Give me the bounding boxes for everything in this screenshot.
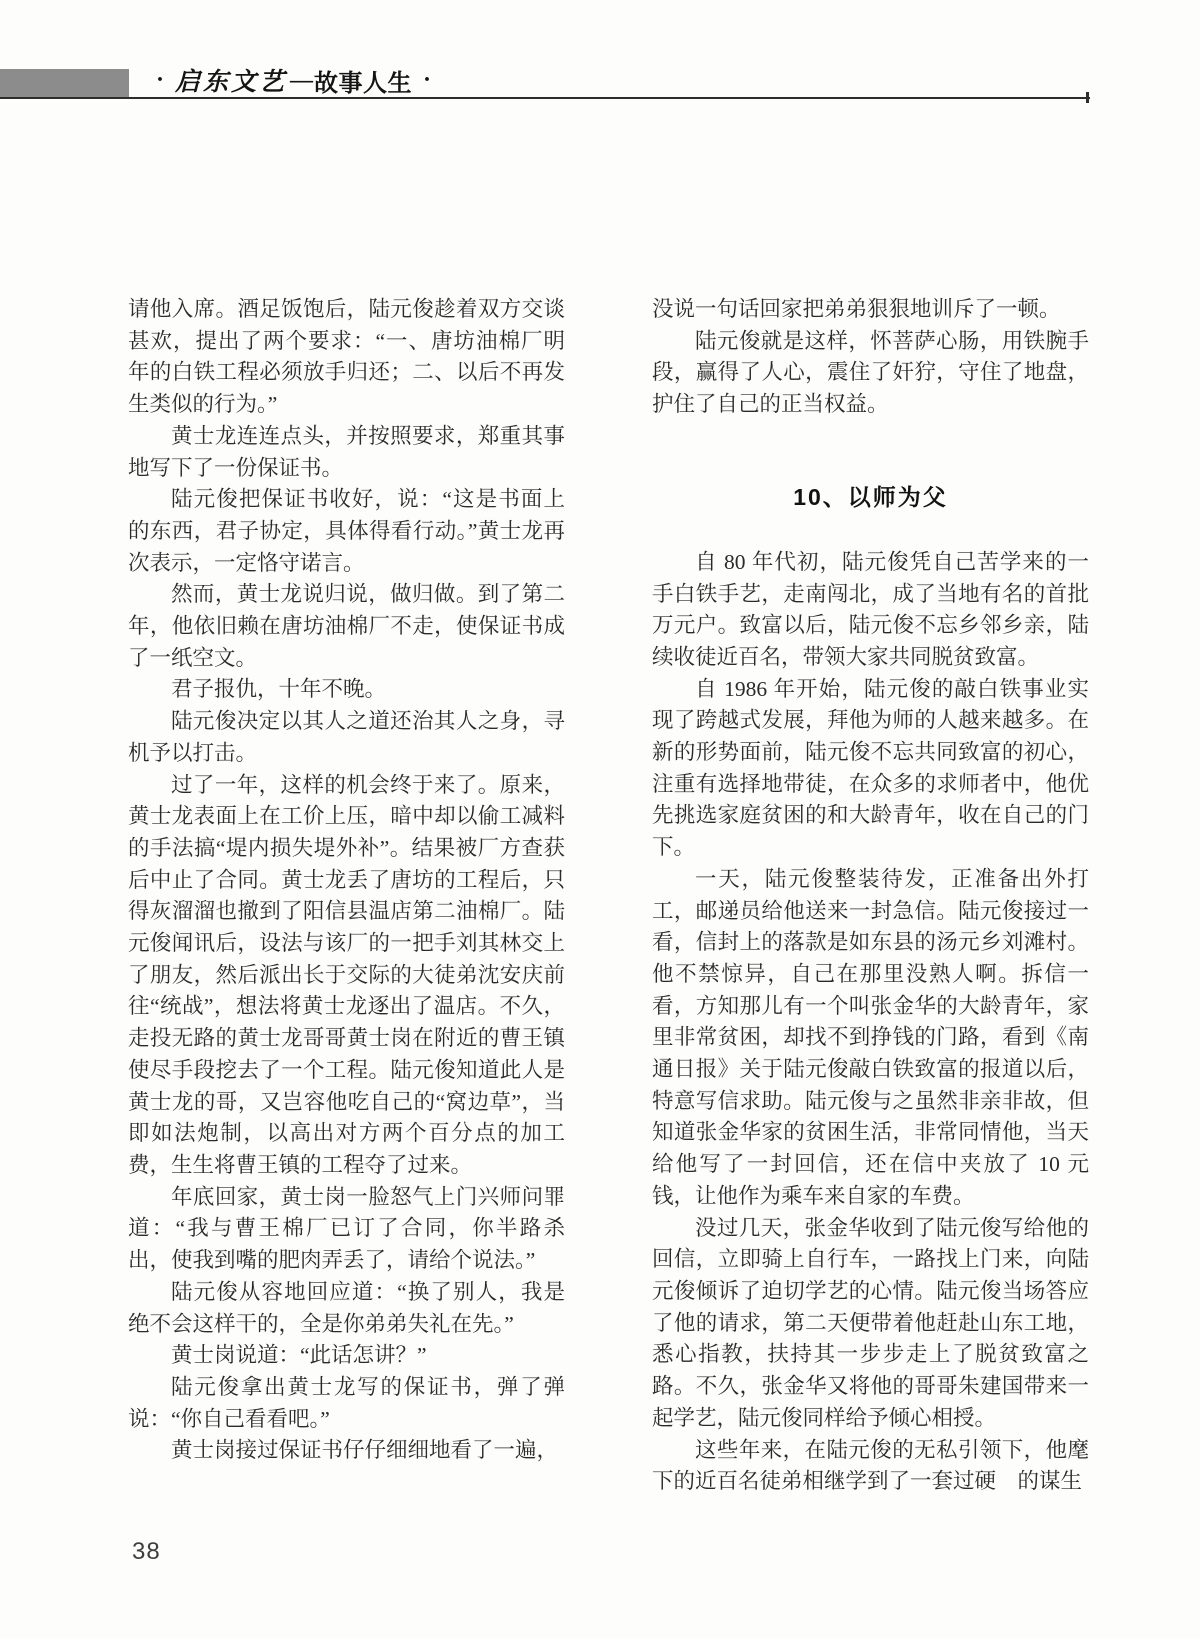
page-number: 38 [132, 1538, 161, 1566]
running-head: · 启东文艺 — 故事人生 · [145, 62, 442, 98]
paragraph: 君子报仇，十年不晚。 [128, 674, 565, 706]
right-column: 没说一句话回家把弟弟狠狠地训斥了一顿。 陆元俊就是这样，怀菩萨心肠，用铁腕手段，… [652, 294, 1089, 1498]
running-head-dash: — [290, 67, 313, 93]
paragraph: 一天，陆元俊整装待发，正准备出外打工，邮递员给他送来一封急信。陆元俊接过一看，信… [652, 864, 1089, 1213]
paragraph: 请他入席。酒足饭饱后，陆元俊趁着双方交谈甚欢，提出了两个要求：“一、唐坊油棉厂明… [128, 294, 565, 421]
paragraph: 自 1986 年开始，陆元俊的敲白铁事业实现了跨越式发展，拜他为师的人越来越多。… [652, 674, 1089, 864]
magazine-page: · 启东文艺 — 故事人生 · 请他入席。酒足饭饱后，陆元俊趁着双方交谈甚欢，提… [0, 0, 1200, 1639]
paragraph: 过了一年，这样的机会终于来了。原来，黄士龙表面上在工价上压，暗中却以偷工减料的手… [128, 770, 565, 1182]
journal-name: 启东文艺 [175, 62, 287, 98]
header-rule-end-tick [1086, 92, 1089, 103]
paragraph: 然而，黄士龙说归说，做归做。到了第二年，他依旧赖在唐坊油棉厂不走，使保证书成了一… [128, 579, 565, 674]
paragraph: 陆元俊决定以其人之道还治其人之身，寻机予以打击。 [128, 706, 565, 769]
paragraph: 黄士岗接过保证书仔仔细细地看了一遍， [128, 1435, 565, 1467]
running-head-right-dot: · [423, 67, 431, 94]
paragraph: 这些年来，在陆元俊的无私引领下，他麾下的近百名徒弟相继学到了一套过硬 的谋生 [652, 1435, 1089, 1498]
chapter-heading: 10、以师为父 [652, 484, 1089, 510]
paragraph: 黄士龙连连点头，并按照要求，郑重其事地写下了一份保证书。 [128, 421, 565, 484]
paragraph: 自 80 年代初，陆元俊凭自己苦学来的一手白铁手艺，走南闯北，成了当地有名的首批… [652, 547, 1089, 674]
paragraph: 年底回家，黄士岗一脸怒气上门兴师问罪道：“我与曹王棉厂已订了合同，你半路杀出，使… [128, 1182, 565, 1277]
paragraph: 黄士岗说道：“此话怎讲？” [128, 1340, 565, 1372]
paragraph: 陆元俊拿出黄士龙写的保证书，弹了弹说：“你自己看看吧。” [128, 1372, 565, 1435]
left-column: 请他入席。酒足饭饱后，陆元俊趁着双方交谈甚欢，提出了两个要求：“一、唐坊油棉厂明… [128, 294, 565, 1467]
column-name: 故事人生 [314, 63, 412, 98]
paragraph: 陆元俊从容地回应道：“换了别人，我是绝不会这样干的，全是你弟弟失礼在先。” [128, 1277, 565, 1340]
paragraph: 没过几天，张金华收到了陆元俊写给他的回信，立即骑上自行车，一路找上门来，向陆元俊… [652, 1213, 1089, 1435]
paragraph: 陆元俊把保证书收好，说：“这是书面上的东西，君子协定，具体得看行动。”黄士龙再次… [128, 484, 565, 579]
header-gray-bar [0, 69, 129, 97]
running-head-left-dot: · [156, 67, 164, 94]
paragraph: 陆元俊就是这样，怀菩萨心肠，用铁腕手段，赢得了人心，震住了奸狞，守住了地盘，护住… [652, 326, 1089, 421]
paragraph: 没说一句话回家把弟弟狠狠地训斥了一顿。 [652, 294, 1089, 326]
